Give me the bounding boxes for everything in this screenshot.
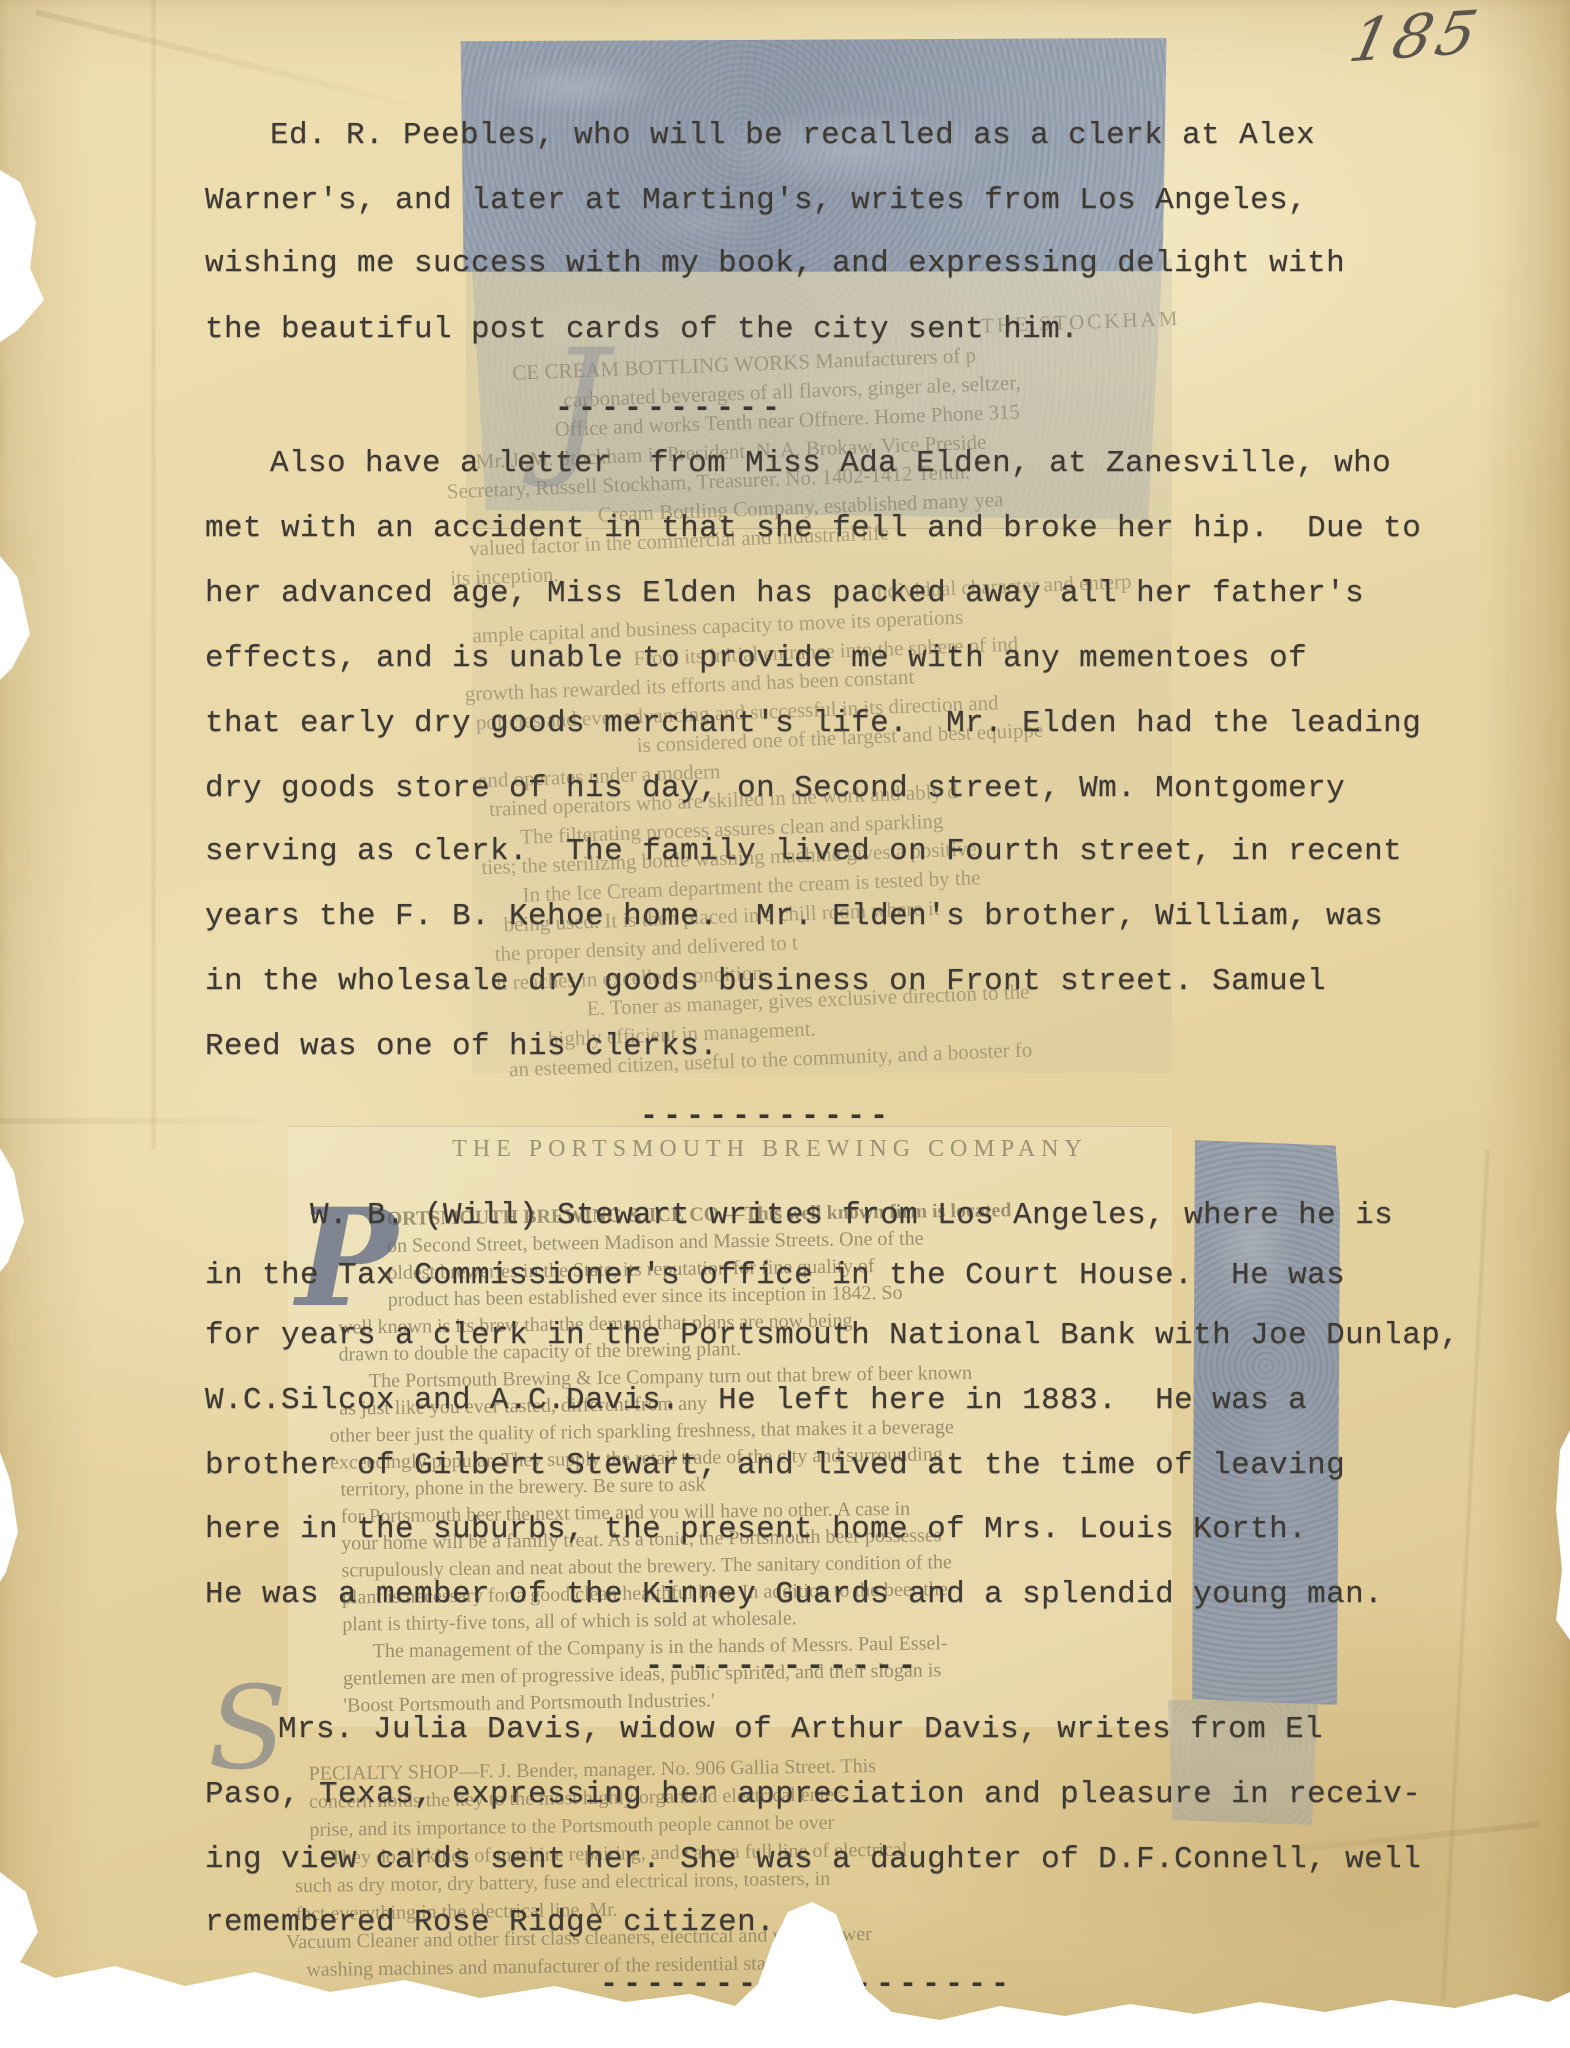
typed-line: serving as clerk. The family lived on Fo… [205, 834, 1402, 869]
typed-line: dry goods store of his day, on Second st… [205, 771, 1345, 806]
typed-line: her advanced age, Miss Elden has packed … [205, 576, 1364, 611]
typed-line: Reed was one of his clerks. [205, 1029, 718, 1064]
typed-line: remembered Rose Ridge citizen. [205, 1905, 775, 1940]
typed-line: brother of Gilbert Stewart, and lived at… [205, 1448, 1345, 1483]
scanned-page: THE STOCKHAM CE CREAM BOTTLING WORKS Man… [0, 0, 1570, 2048]
separator-dashes: ------------------ [600, 1968, 1014, 2002]
paper-crease [1440, 1150, 1491, 1999]
typed-line: W.C.Silcox and A.C.Davis. He left here i… [205, 1383, 1307, 1418]
separator-dashes: ----------- [640, 1100, 893, 1134]
typed-line: Paso, Texas, expressing her appreciation… [205, 1777, 1421, 1812]
typed-line: Also have a letter from Miss Ada Elden, … [270, 446, 1391, 481]
typed-line: effects, and is unable to provide me wit… [205, 641, 1307, 676]
typed-line: in the wholesale dry goods business on F… [205, 964, 1326, 999]
page-number-handwritten: 185 [1343, 0, 1487, 76]
paper-crease [150, 0, 157, 1150]
typed-line: wishing me success with my book, and exp… [205, 246, 1345, 281]
dropcap-s: S [208, 1672, 287, 1787]
typed-line: that early dry goods merchant's life. Mr… [205, 706, 1421, 741]
typed-line: met with an accident in that she fell an… [205, 511, 1421, 546]
typed-line: ing view cards sent her. She was a daugh… [205, 1842, 1421, 1877]
typed-line: Warner's, and later at Marting's, writes… [205, 183, 1307, 218]
clipping-header: THE PORTSMOUTH BREWING COMPANY [390, 1136, 1150, 1163]
photo-fragment-top [459, 34, 1166, 276]
typed-line: Mrs. Julia Davis, widow of Arthur Davis,… [278, 1712, 1323, 1747]
separator-dashes: ---------- [555, 392, 785, 426]
typed-line: here in the suburbs, the present home of… [205, 1512, 1307, 1547]
separator-dashes: ------------ [645, 1650, 921, 1684]
typed-line: W. B. (Will) Stewart writes from Los Ang… [310, 1198, 1393, 1233]
typed-line: the beautiful post cards of the city sen… [205, 312, 1079, 347]
typed-line: He was a member of the Kinney Guards and… [205, 1577, 1383, 1612]
typed-line: years the F. B. Kehoe home. Mr. Elden's … [205, 899, 1383, 934]
typed-line: in the Tax Commissioner's office in the … [205, 1258, 1345, 1293]
scan-background: THE STOCKHAM CE CREAM BOTTLING WORKS Man… [0, 0, 1570, 2048]
paper-crease [0, 1118, 300, 1124]
typed-line: for years a clerk in the Portsmouth Nati… [205, 1318, 1459, 1353]
typed-line: Ed. R. Peebles, who will be recalled as … [270, 118, 1315, 153]
paper-crease [36, 9, 445, 116]
